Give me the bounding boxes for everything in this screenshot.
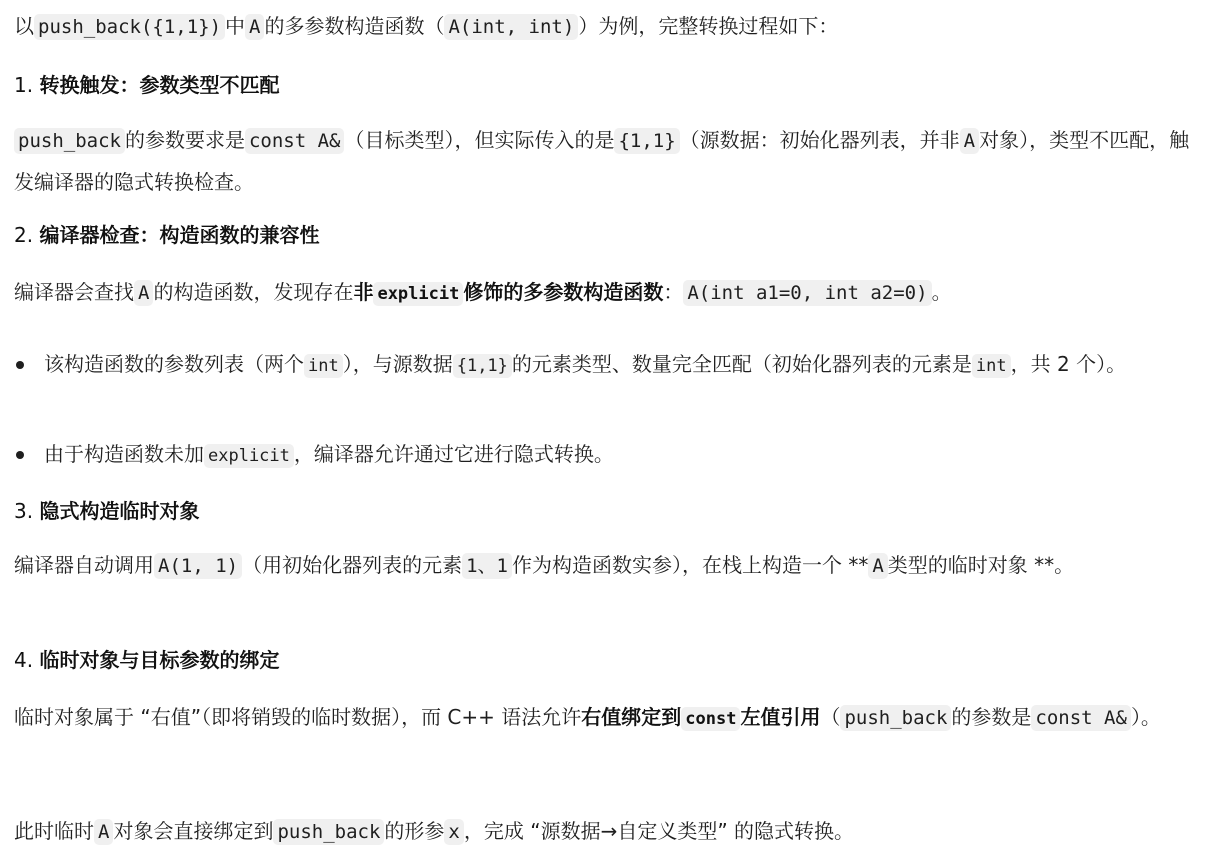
bold-text: 左值引用 bbox=[740, 705, 820, 729]
inline-code: A bbox=[245, 14, 264, 40]
text-run: 的多参数构造函数（ bbox=[264, 14, 444, 38]
inline-code: const A& bbox=[1031, 705, 1131, 731]
inline-code: A(int, int) bbox=[444, 14, 578, 40]
section-2-paragraph: 编译器会查找A的构造函数，发现存在非explicit修饰的多参数构造函数：A(i… bbox=[14, 272, 1198, 315]
inline-code: int bbox=[972, 354, 1011, 378]
text-run: 的形参 bbox=[384, 819, 444, 843]
inline-code: A bbox=[868, 553, 887, 579]
text-run: 临时对象属于 “右值”（即将销毁的临时数据），而 C++ 语法允许 bbox=[14, 705, 581, 729]
inline-code: A bbox=[960, 128, 979, 154]
text-run: （源数据：初始化器列表，并非 bbox=[680, 128, 960, 152]
text-run: （目标类型），但实际传入的是 bbox=[344, 128, 614, 152]
inline-code: push_back({1,1}) bbox=[34, 14, 225, 40]
section-title: 编译器检查：构造函数的兼容性 bbox=[39, 223, 319, 247]
section-number: 4. bbox=[14, 648, 33, 672]
text-run: 的元素类型、数量完全匹配（初始化器列表的元素是 bbox=[512, 352, 972, 376]
text-run: 的构造函数，发现存在 bbox=[153, 280, 353, 304]
text-run: 该构造函数的参数列表（两个 bbox=[44, 352, 304, 376]
inline-code: push_back bbox=[273, 819, 384, 845]
text-run: 此时临时 bbox=[14, 819, 94, 843]
text-run: 的参数是 bbox=[951, 705, 1031, 729]
text-run: （ bbox=[820, 705, 840, 729]
text-run: ），与源数据 bbox=[343, 352, 453, 376]
intro-paragraph: 以push_back({1,1})中A的多参数构造函数（A(int, int)）… bbox=[14, 6, 1198, 48]
inline-code: x bbox=[444, 819, 463, 845]
text-run: ）为例，完整转换过程如下： bbox=[578, 14, 838, 38]
inline-code: push_back bbox=[14, 128, 125, 154]
inline-code: {1,1} bbox=[453, 354, 512, 378]
section-title: 隐式构造临时对象 bbox=[39, 499, 199, 523]
section-4-paragraph: 临时对象属于 “右值”（即将销毁的临时数据），而 C++ 语法允许右值绑定到co… bbox=[14, 697, 1198, 740]
inline-code: explicit bbox=[204, 444, 294, 468]
list-item: 由于构造函数未加explicit，编译器允许通过它进行隐式转换。 bbox=[14, 434, 1198, 477]
text-run: 中 bbox=[225, 14, 245, 38]
inline-code: {1,1} bbox=[614, 128, 679, 154]
section-number: 2. bbox=[14, 223, 33, 247]
inline-code: const A& bbox=[245, 128, 345, 154]
inline-code: 1、1 bbox=[462, 553, 512, 579]
bullet-icon bbox=[16, 451, 24, 459]
text-run: 对象会直接绑定到 bbox=[113, 819, 273, 843]
section-number: 3. bbox=[14, 499, 33, 523]
text-run: 由于构造函数未加 bbox=[44, 442, 204, 466]
text-run: 以 bbox=[14, 14, 34, 38]
text-run: （用初始化器列表的元素 bbox=[242, 553, 462, 577]
inline-code: int bbox=[304, 354, 343, 378]
text-run: 。 bbox=[932, 280, 952, 304]
bold-text: 非 bbox=[353, 280, 373, 304]
text-run: ： bbox=[663, 280, 683, 304]
text-run: 编译器自动调用 bbox=[14, 553, 154, 577]
bold-inline-code: const bbox=[681, 707, 740, 731]
inline-code: A(int a1=0, int a2=0) bbox=[683, 280, 931, 306]
text-run: 的参数要求是 bbox=[125, 128, 245, 152]
inline-code: push_back bbox=[840, 705, 951, 731]
text-run: ，共 2 个）。 bbox=[1011, 352, 1126, 376]
list-item-text: 该构造函数的参数列表（两个int），与源数据{1,1}的元素类型、数量完全匹配（… bbox=[44, 352, 1126, 376]
text-run: ，编译器允许通过它进行隐式转换。 bbox=[294, 442, 614, 466]
list-item: 该构造函数的参数列表（两个int），与源数据{1,1}的元素类型、数量完全匹配（… bbox=[14, 344, 1198, 387]
inline-code: A bbox=[134, 280, 153, 306]
bold-inline-code: explicit bbox=[373, 282, 463, 306]
section-1-paragraph: push_back的参数要求是const A&（目标类型），但实际传入的是{1,… bbox=[14, 120, 1198, 203]
section-title: 临时对象与目标参数的绑定 bbox=[39, 648, 279, 672]
section-heading-3: 3. 隐式构造临时对象 bbox=[14, 496, 199, 526]
bold-text: 修饰的多参数构造函数 bbox=[463, 280, 663, 304]
bold-text: 右值绑定到 bbox=[581, 705, 681, 729]
text-run: ，完成 “源数据→自定义类型” 的隐式转换。 bbox=[464, 819, 854, 843]
bullet-icon bbox=[16, 361, 24, 369]
text-run: 类型的临时对象 **。 bbox=[888, 553, 1074, 577]
section-title: 转换触发：参数类型不匹配 bbox=[39, 73, 279, 97]
section-3-paragraph: 编译器自动调用A(1, 1)（用初始化器列表的元素1、1作为构造函数实参），在栈… bbox=[14, 545, 1198, 587]
section-heading-1: 1. 转换触发：参数类型不匹配 bbox=[14, 70, 279, 100]
text-run: ）。 bbox=[1131, 705, 1161, 729]
section-heading-4: 4. 临时对象与目标参数的绑定 bbox=[14, 645, 279, 675]
list-item-text: 由于构造函数未加explicit，编译器允许通过它进行隐式转换。 bbox=[44, 442, 614, 466]
text-run: 作为构造函数实参），在栈上构造一个 ** bbox=[512, 553, 868, 577]
inline-code: A bbox=[94, 819, 113, 845]
text-run: 编译器会查找 bbox=[14, 280, 134, 304]
section-4-conclusion: 此时临时A对象会直接绑定到push_back的形参x，完成 “源数据→自定义类型… bbox=[14, 811, 1198, 853]
section-heading-2: 2. 编译器检查：构造函数的兼容性 bbox=[14, 220, 319, 250]
inline-code: A(1, 1) bbox=[154, 553, 242, 579]
section-number: 1. bbox=[14, 73, 33, 97]
